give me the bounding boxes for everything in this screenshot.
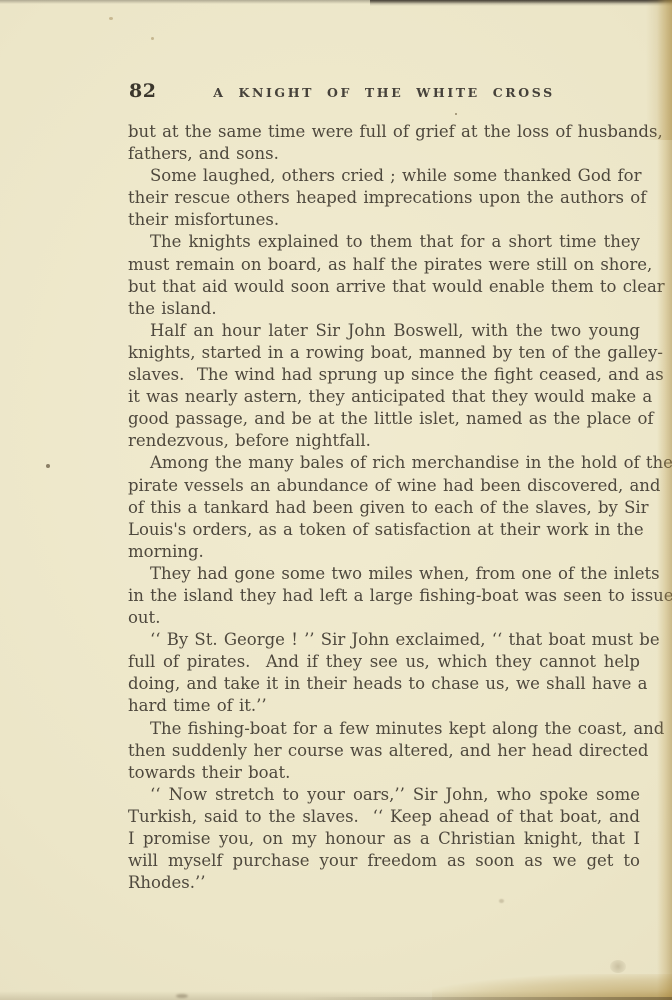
text-line: the island. bbox=[128, 298, 640, 320]
text-line: must remain on board, as half the pirate… bbox=[128, 254, 640, 276]
scan-bottom-shadow bbox=[0, 991, 672, 1000]
text-line: Among the many bales of rich merchandise… bbox=[128, 452, 640, 474]
text-line: ‘‘ By St. George ! ’’ Sir John exclaimed… bbox=[128, 629, 640, 651]
text-line: out. bbox=[128, 607, 640, 629]
text-line: in the island they had left a large fish… bbox=[128, 585, 640, 607]
text-line: good passage, and be at the little islet… bbox=[128, 408, 640, 430]
text-line: They had gone some two miles when, from … bbox=[128, 563, 640, 585]
paper-speck bbox=[46, 464, 50, 468]
text-line: fathers, and sons. bbox=[128, 143, 640, 165]
paper-speck bbox=[151, 37, 154, 40]
text-line: slaves. The wind had sprung up since the… bbox=[128, 364, 640, 386]
scan-top-edge-shadow-dark bbox=[370, 0, 672, 6]
running-title: A KNIGHT OF THE WHITE CROSS bbox=[128, 85, 640, 100]
text-line: full of pirates. And if they see us, whi… bbox=[128, 651, 640, 673]
text-line: pirate vessels an abundance of wine had … bbox=[128, 475, 640, 497]
page-edge-right-top bbox=[646, 0, 672, 140]
text-line: The knights explained to them that for a… bbox=[128, 231, 640, 253]
text-line: Turkish, said to the slaves. ‘‘ Keep ahe… bbox=[128, 806, 640, 828]
text-line: Rhodes.’’ bbox=[128, 872, 640, 894]
paper-speck bbox=[610, 960, 626, 973]
text-line: but that aid would soon arrive that woul… bbox=[128, 276, 640, 298]
text-line: The fishing-boat for a few minutes kept … bbox=[128, 718, 640, 740]
text-line: then suddenly her course was altered, an… bbox=[128, 740, 640, 762]
text-line: ‘‘ Now stretch to your oars,’’ Sir John,… bbox=[128, 784, 640, 806]
text-line: Some laughed, others cried ; while some … bbox=[128, 165, 640, 187]
text-line: I promise you, on my honour as a Christi… bbox=[128, 828, 640, 850]
page-header: 82 A KNIGHT OF THE WHITE CROSS bbox=[128, 83, 640, 105]
text-line: of this a tankard had been given to each… bbox=[128, 497, 640, 519]
text-line: rendezvous, before nightfall. bbox=[128, 430, 640, 452]
scanned-book-page: 82 A KNIGHT OF THE WHITE CROSS but at th… bbox=[0, 0, 672, 1000]
body-text: but at the same time were full of grief … bbox=[128, 121, 640, 894]
text-line: their misfortunes. bbox=[128, 209, 640, 231]
text-line: towards their boat. bbox=[128, 762, 640, 784]
paper-speck bbox=[455, 113, 457, 115]
text-line: their rescue others heaped imprecations … bbox=[128, 187, 640, 209]
text-line: morning. bbox=[128, 541, 640, 563]
scan-top-edge-shadow bbox=[0, 0, 672, 4]
text-line: Half an hour later Sir John Boswell, wit… bbox=[128, 320, 640, 342]
text-line: will myself purchase your freedom as soo… bbox=[128, 850, 640, 872]
text-line: hard time of it.’’ bbox=[128, 695, 640, 717]
page-edge-right bbox=[657, 0, 672, 1000]
text-line: doing, and take it in their heads to cha… bbox=[128, 673, 640, 695]
text-line: knights, started in a rowing boat, manne… bbox=[128, 342, 640, 364]
page-edge-bottom-right bbox=[432, 974, 672, 1000]
text-line: it was nearly astern, they anticipated t… bbox=[128, 386, 640, 408]
paper-speck bbox=[499, 899, 504, 903]
text-line: but at the same time were full of grief … bbox=[128, 121, 640, 143]
paper-speck bbox=[109, 17, 113, 20]
paper-speck bbox=[176, 994, 188, 998]
text-line: Louis's orders, as a token of satisfacti… bbox=[128, 519, 640, 541]
